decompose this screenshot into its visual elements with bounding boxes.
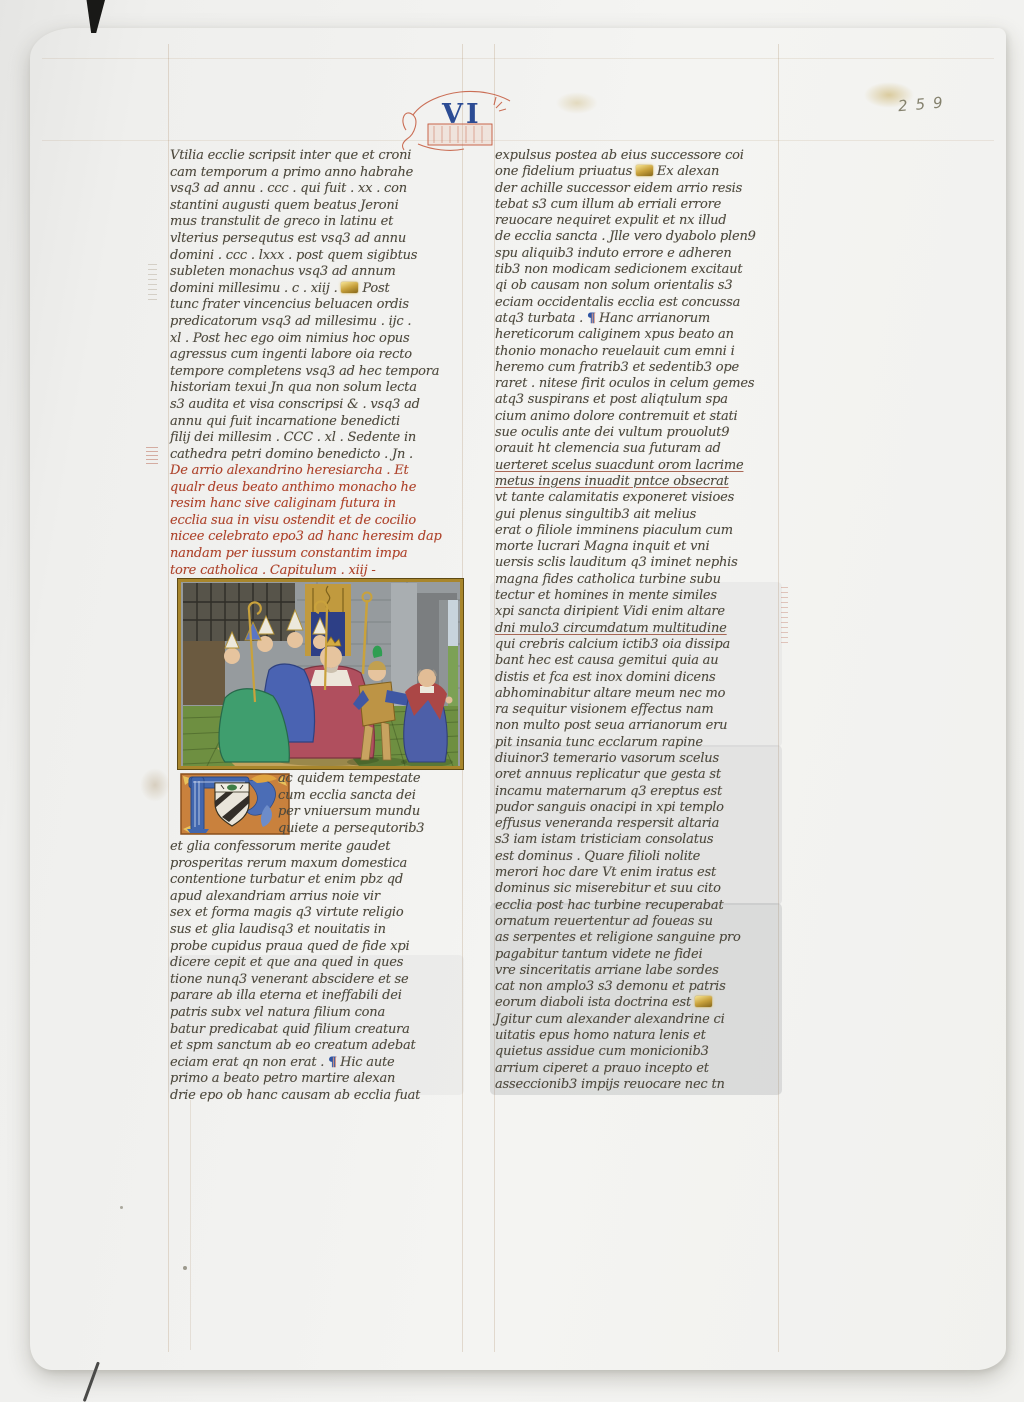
text-line: ra sequitur visionem effectus nam — [495, 702, 756, 718]
text-line: spu aliquib3 induto errore e adheren — [495, 246, 756, 262]
text-line: resim hanc sive caliginam futura in — [170, 496, 442, 513]
text-line: parare ab illa eterna et ineffabili dei — [170, 988, 420, 1005]
text-line: heremo cum fratrib3 et sedentib3 ope — [495, 360, 756, 376]
text-line: nicee celebrato epo3 ad hanc heresim dap — [170, 529, 442, 546]
text-line: thonio monacho reuelauit cum emni i — [495, 344, 756, 360]
pilcrow-mark: ¶ — [328, 1055, 336, 1070]
text-line: ornatum reuertentur ad foueas su — [495, 914, 756, 930]
ruling-line-horizontal — [42, 58, 994, 59]
text-line: De arrio alexandrino heresiarcha . Et — [170, 463, 442, 480]
text-line: cium animo dolore contremuit et stati — [495, 409, 756, 425]
text-line: stantini augusti quem beatus Jeroni — [170, 198, 439, 215]
text-line: bant hec est causa gemitui quia au — [495, 653, 756, 669]
text-line: ecclia post hac turbine recuperabat — [495, 898, 756, 914]
text-line: incamu maternarum q3 ereptus est — [495, 784, 756, 800]
text-line: et glia confessorum merite gaudet — [170, 839, 420, 856]
pilcrow-mark: ¶ — [587, 311, 595, 326]
right-column-text: expulsus postea ab eius successore coion… — [495, 148, 756, 1093]
text-line: qui crebris calcium ictib3 oia dissipa — [495, 637, 756, 653]
text-line: tebat s3 cum illum ab erriali errore — [495, 197, 756, 213]
text-line: sex et forma magis q3 virtute religio — [170, 905, 420, 922]
text-line: distis et fca est inox domini dicens — [495, 670, 756, 686]
miniature-painting — [177, 578, 464, 770]
text-line: dominus sic miserebitur et suu cito — [495, 881, 756, 897]
text-line: per vniuersum mundu — [278, 804, 424, 821]
text-line: s3 audita et visa conscripsi & . vsq3 ad — [170, 397, 439, 414]
text-line: sue oculis ante dei vultum prouolut9 — [495, 425, 756, 441]
text-line: eciam occidentalis ecclia est concussa — [495, 295, 756, 311]
text-line: apud alexandriam arrius noie vir — [170, 889, 420, 906]
text-line: agressus cum ingenti labore oia recto — [170, 347, 439, 364]
text-line: vsq3 ad annu . ccc . qui fuit . xx . con — [170, 181, 439, 198]
text-line: metus ingens inuadit pntce obsecrat — [495, 474, 756, 490]
text-line: qi ob causam non solum orientalis s3 — [495, 278, 756, 294]
text-line: raret . nitese firit oculos in celum gem… — [495, 376, 756, 392]
ruling-line-vertical — [168, 44, 169, 1352]
text-line: tore catholica . Capitulum . xiij - — [170, 563, 442, 580]
text-line: subleten monachus vsq3 ad annum — [170, 264, 439, 281]
text-line: primo a beato petro martire alexan — [170, 1071, 420, 1088]
manuscript-photo: { "folio_number": "259", "header": { "qu… — [0, 0, 1024, 1402]
text-line: s3 iam istam tristiciam consolatus — [495, 832, 756, 848]
text-line: Vtilia ecclie scripsit inter que et cron… — [170, 148, 439, 165]
figure-shadow — [347, 757, 407, 767]
text-line: patris subx vel natura filium cona — [170, 1005, 420, 1022]
text-line: dni mulo3 circumdatum multitudine — [495, 621, 756, 637]
text-line: cathedra petri domino benedicto . Jn . — [170, 447, 439, 464]
text-line: one fidelium priuatus Ex alexan — [495, 164, 756, 180]
text-line: pudor sanguis onacipi in xpi templo — [495, 800, 756, 816]
text-line: prosperitas rerum maxum domestica — [170, 856, 420, 873]
text-line: sus et glia laudisq3 et nouitatis in — [170, 922, 420, 939]
text-line: orauit ht clemencia sua futuram ad — [495, 441, 756, 457]
text-line: vre sinceritatis arriane labe sordes — [495, 963, 756, 979]
text-line: eciam erat qn non erat . ¶ Hic aute — [170, 1055, 420, 1072]
text-line: abhominabitur altare meum nec mo — [495, 686, 756, 702]
text-line: xpi sancta diripient Vidi enim altare — [495, 604, 756, 620]
text-line: expulsus postea ab eius successore coi — [495, 148, 756, 164]
text-line: filij dei millesim . CCC . xl . Sedente … — [170, 430, 439, 447]
quire-mark-numeral: VI — [441, 99, 482, 130]
text-line: tempore completens vsq3 ad hec tempora — [170, 364, 439, 381]
text-line: hereticorum caliginem xpus beato an — [495, 327, 756, 343]
text-line: atq3 turbata . ¶ Hanc arrianorum — [495, 311, 756, 327]
text-line: reuocare nequiret expulit et nx illud — [495, 213, 756, 229]
text-line: merori hoc dare Vt enim iratus est — [495, 865, 756, 881]
text-line: Jgitur cum alexander alexandrine ci — [495, 1012, 756, 1028]
text-line: cam temporum a primo anno habrahe — [170, 165, 439, 182]
gold-cadel-mark — [695, 996, 712, 1007]
text-line: quietus assidue cum monicionib3 — [495, 1044, 756, 1060]
text-line: tione nunq3 venerant abscidere et se — [170, 972, 420, 989]
text-line: gui plenus singultib3 ait melius — [495, 507, 756, 523]
text-line: asseccionib3 impijs reuocare nec tn — [495, 1077, 756, 1093]
text-line: oret annuus replicatur que gesta st — [495, 767, 756, 783]
gold-cadel-mark — [341, 282, 358, 293]
text-line: historiam texui Jn qua non solum lecta — [170, 380, 439, 397]
text-line: cat non amplo3 s3 demonu et patris — [495, 979, 756, 995]
text-line: non multo post seua arrianorum eru — [495, 718, 756, 734]
text-line: batur predicabat quid filium creatura — [170, 1022, 420, 1039]
left-column-rubric: De arrio alexandrino heresiarcha . Etqua… — [170, 463, 442, 579]
text-line: probe cupidus praua qued de fide xpi — [170, 939, 420, 956]
text-line: morte lucrari Magna inquit et vni — [495, 539, 756, 555]
text-line: uerteret scelus suacdunt orom lacrime — [495, 458, 756, 474]
text-line: predicatorum vsq3 ad millesimu . ijc . — [170, 314, 439, 331]
illuminated-initial — [179, 771, 291, 837]
text-line: cum ecclia sancta dei — [278, 788, 424, 805]
text-line: uersis sclis lauditum q3 iminet nephis — [495, 555, 756, 571]
text-line: pagabitur tantum videte ne fidei — [495, 947, 756, 963]
text-line: et spm sanctum ab eo creatum adebat — [170, 1038, 420, 1055]
text-line: erat o filiole imminens piaculum cum — [495, 523, 756, 539]
text-line: est dominus . Quare filioli nolite — [495, 849, 756, 865]
text-line: tib3 non modicam sedicionem excitaut — [495, 262, 756, 278]
text-line: arrium ciperet a prauo incepto et — [495, 1061, 756, 1077]
text-line: annu qui fuit incarnatione benedicti — [170, 414, 439, 431]
text-line: vt tante calamitatis exponeret visioes — [495, 490, 756, 506]
text-line: mus transtulit de greco in latinu et — [170, 214, 439, 231]
text-line: ac quidem tempestate — [278, 771, 424, 788]
text-line: atq3 suspirans et post aliqtulum spa — [495, 392, 756, 408]
text-line: de ecclia sancta . Jlle vero dyabolo ple… — [495, 229, 756, 245]
text-line: tectur et homines in mente similes — [495, 588, 756, 604]
text-line: qualr deus beato anthimo monacho he — [170, 480, 442, 497]
left-column-text-block-2: et glia confessorum merite gaudetprosper… — [170, 839, 420, 1105]
text-line: der achille successor eidem arrio resis — [495, 181, 756, 197]
text-line: domini . ccc . lxxx . post quem sigibtus — [170, 248, 439, 265]
gold-cadel-mark — [636, 165, 653, 176]
sky-through-door — [448, 600, 458, 646]
text-line: vlterius persequtus est vsq3 ad annu — [170, 231, 439, 248]
text-line: eorum diaboli ista doctrina est — [495, 995, 756, 1011]
text-line: magna fides catholica turbine subu — [495, 572, 756, 588]
text-line: pit insania tunc ecclarum rapine — [495, 735, 756, 751]
text-line: dicere cepit et que ana qued in ques — [170, 955, 420, 972]
left-column-text-block-1: Vtilia ecclie scripsit inter que et cron… — [170, 148, 439, 463]
text-line: quiete a persequtorib3 — [278, 821, 424, 838]
wooden-bench — [183, 641, 225, 705]
text-line: as serpentes et religione sanguine pro — [495, 930, 756, 946]
text-line: tunc frater vincencius beluacen ordis — [170, 297, 439, 314]
ruling-line-vertical — [190, 1100, 191, 1350]
text-line: diuinor3 temerario vasorum scelus — [495, 751, 756, 767]
text-line: uitatis epus homo natura lenis et — [495, 1028, 756, 1044]
text-line: domini millesimu . c . xiij . Post — [170, 281, 439, 298]
text-line: drie epo ob hanc causam ab ecclia fuat — [170, 1088, 420, 1105]
left-column-initial-adjacent-text: ac quidem tempestatecum ecclia sancta de… — [278, 771, 424, 837]
text-line: contentione turbatur et enim pbz qd — [170, 872, 420, 889]
text-line: xl . Post hec ego oim nimius hoc opus — [170, 331, 439, 348]
text-line: nandam per iussum constantim impa — [170, 546, 442, 563]
text-line: ecclia sua in visu ostendit et de cocili… — [170, 513, 442, 530]
text-line: effusus veneranda respersit altaria — [495, 816, 756, 832]
ruling-line-vertical — [778, 44, 779, 1352]
